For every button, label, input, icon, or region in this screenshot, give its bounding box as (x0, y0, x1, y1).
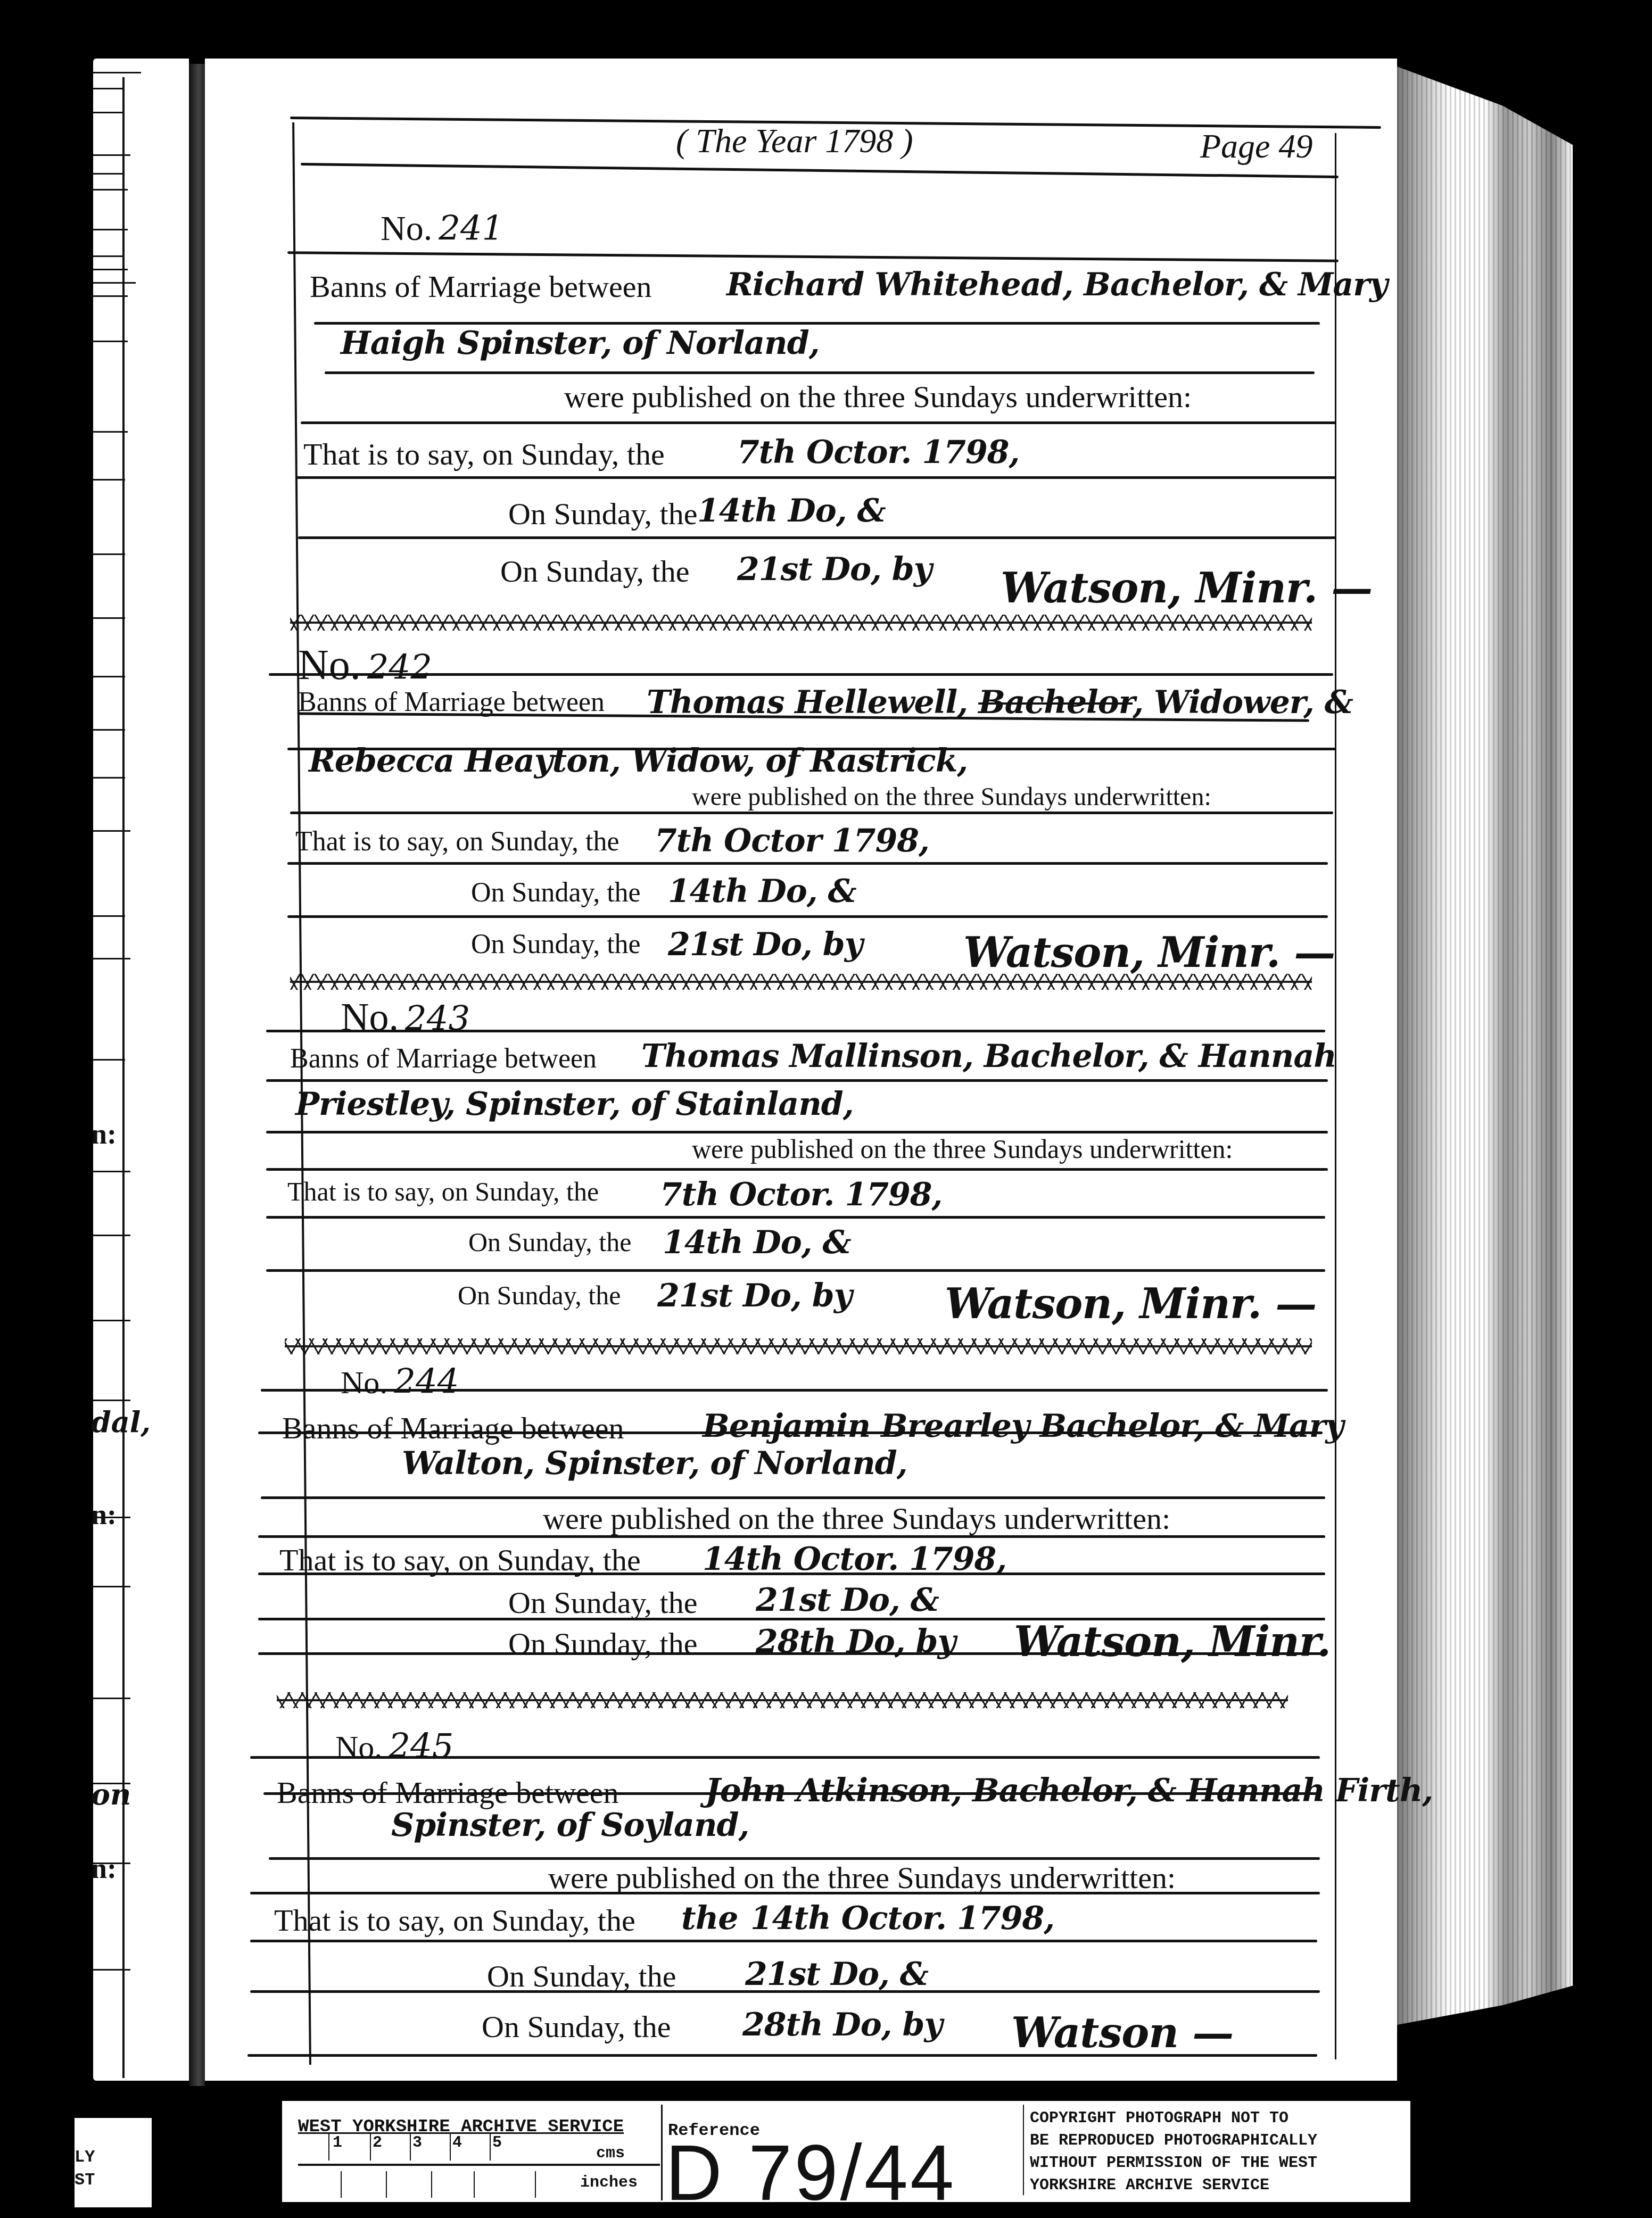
minister-signature: Watson, Minr. — (1001, 564, 1372, 613)
row-rule (266, 1079, 1328, 1082)
row-rule (258, 1573, 1325, 1575)
left-page-rule (93, 154, 130, 156)
minister-signature: Watson, Minr. (1014, 1618, 1331, 1666)
row-rule (263, 1792, 1320, 1795)
scale-number: 3 (412, 2134, 422, 2152)
row-rule (298, 536, 1336, 539)
row-rule (301, 421, 1336, 424)
partial-label-text: LY (75, 2147, 95, 2167)
sunday1-date: 7th Octor. 1798, (660, 1176, 942, 1213)
sunday1-label: That is to say, on Sunday, the (303, 436, 665, 472)
book-gutter (189, 64, 205, 2086)
row-rule (266, 1269, 1325, 1272)
label-divider (661, 2105, 663, 2200)
minister-signature: Watson, Minr. — (945, 1280, 1316, 1328)
entry-number-242: No.242 (298, 641, 432, 690)
published-label: were published on the three Sundays unde… (564, 379, 1192, 415)
sunday1-label: That is to say, on Sunday, the (274, 1902, 635, 1938)
scale-tick (386, 2171, 387, 2198)
left-page-edge: n: dal, n: on n: (93, 59, 189, 2081)
left-page-rule (93, 1698, 130, 1699)
scale-divider (298, 2164, 660, 2166)
left-page-rule (93, 112, 122, 113)
left-page-rule (93, 777, 125, 779)
sunday3-label: On Sunday, the (482, 2009, 671, 2045)
left-page-rule (93, 269, 128, 270)
left-page-fragment: n: (91, 1852, 117, 1885)
sunday1-label: That is to say, on Sunday, the (295, 826, 619, 857)
scale-unit-cm: cms (596, 2145, 625, 2163)
sunday2-date: 14th Do, & (668, 873, 856, 910)
entry-no-prefix: No. (298, 642, 361, 689)
sunday2-label: On Sunday, the (508, 1585, 697, 1620)
left-page-fragment: on (91, 1777, 131, 1811)
left-page-rule (93, 1320, 130, 1321)
row-rule (266, 1216, 1325, 1219)
page-number: Page 49 (1200, 127, 1313, 166)
row-rule (287, 862, 1328, 865)
couple-names-line1: Benjamin Brearley Bachelor, & Mary (703, 1408, 1343, 1445)
copyright-notice: COPYRIGHT PHOTOGRAPH NOT TO BE REPRODUCE… (1030, 2107, 1317, 2197)
sunday3-date: 28th Do, by (742, 2006, 942, 2043)
left-page-rule (93, 1969, 130, 1971)
entry-no-prefix: No. (341, 996, 399, 1039)
entry-no-value: 242 (367, 648, 432, 688)
reference-code: D 79/44 (665, 2134, 956, 2213)
published-label: were published on the three Sundays unde… (548, 1860, 1176, 1896)
published-label: were published on the three Sundays unde… (692, 1133, 1233, 1164)
couple-names-line2: Walton, Spinster, of Norland, (402, 1445, 907, 1482)
left-page-rule (93, 617, 125, 619)
entry-no-value: 244 (394, 1362, 459, 1402)
scale-tick (450, 2134, 451, 2161)
sunday2-date: 14th Do, & (663, 1224, 851, 1261)
sunday3-date: 21st Do, by (737, 551, 932, 588)
left-page-rule (93, 295, 128, 297)
row-rule (247, 2054, 1317, 2057)
row-rule (266, 1168, 1328, 1171)
left-page-rule (93, 282, 136, 284)
sunday3-label: On Sunday, the (471, 929, 641, 960)
left-page-rule (93, 729, 125, 731)
scale-tick (328, 2134, 329, 2161)
row-rule (250, 1892, 1320, 1894)
entry-no-prefix: No. (341, 1365, 387, 1400)
label-divider (1023, 2105, 1024, 2195)
sunday2-date: 21st Do, & (745, 1956, 928, 1993)
entry-no-value: 245 (389, 1727, 453, 1766)
entry-number-241: No.241 (381, 209, 503, 249)
left-page-rule (93, 1586, 130, 1587)
left-page-fragment: n: (91, 1498, 117, 1531)
row-rule (250, 1990, 1320, 1993)
sunday3-label: On Sunday, the (500, 553, 689, 589)
left-page-rule (93, 830, 130, 832)
header-year: ( The Year 1798 ) (676, 121, 913, 161)
couple-names-line1: John Atkinson, Bachelor, & Hannah Firth, (705, 1772, 1433, 1809)
row-rule (266, 1030, 1325, 1032)
partial-copyright-label: LY ST (75, 2118, 152, 2207)
sunday1-date: 7th Octor. 1798, (737, 434, 1019, 471)
left-page-fragment: dal, (91, 1405, 151, 1439)
couple-names-line2: Priestley, Spinster, of Stainland, (295, 1086, 854, 1123)
scale-tick (341, 2171, 342, 2198)
sunday3-label: On Sunday, the (458, 1280, 621, 1311)
scale-tick (474, 2171, 475, 2198)
banns-between-label: Banns of Marriage between (290, 1043, 597, 1074)
couple-names-line1: Thomas Mallinson, Bachelor, & Hannah (641, 1038, 1336, 1075)
left-page-rule (93, 173, 122, 175)
sunday2-label: On Sunday, the (487, 1958, 676, 1994)
left-page-rule (93, 1171, 130, 1172)
sunday1-date: 14th Octor. 1798, (750, 1900, 1054, 1937)
entry-no-value: 241 (439, 209, 503, 249)
entry-no-prefix: No. (335, 1729, 382, 1765)
sunday1-date-prefix: the (681, 1900, 738, 1937)
row-rule (287, 915, 1328, 918)
scale-tick (490, 2134, 491, 2161)
sunday2-label: On Sunday, the (508, 496, 697, 532)
minister-signature: Watson, Minr. — (963, 929, 1335, 977)
published-label: were published on the three Sundays unde… (543, 1501, 1170, 1536)
entry-no-value: 243 (405, 999, 470, 1039)
minister-signature: Watson — (1011, 2009, 1233, 2057)
left-page-rule (93, 553, 125, 555)
entry-number-245: No.245 (335, 1727, 454, 1766)
left-page-rule (93, 341, 128, 342)
couple-names-line1: Richard Whitehead, Bachelor, & Mary (726, 266, 1387, 303)
row-rule (295, 476, 1336, 479)
couple-names-line2: Haigh Spinster, of Norland, (341, 325, 820, 362)
banns-between-label: Banns of Marriage between (310, 269, 652, 304)
left-page-rule (93, 88, 122, 89)
couple-names-line2: Spinster, of Soyland, (391, 1807, 749, 1844)
left-page-rule (93, 431, 128, 433)
row-rule (258, 1431, 1323, 1434)
sunday1-label: That is to say, on Sunday, the (287, 1176, 599, 1207)
sunday2-label: On Sunday, the (468, 1227, 631, 1257)
entry-separator-ornament (290, 974, 1312, 990)
sunday1-date: 7th Octor 1798, (655, 822, 929, 859)
left-page-fragment: n: (91, 1118, 117, 1151)
sunday3-date: 21st Do, by (668, 926, 863, 963)
scale-number: 1 (333, 2134, 342, 2152)
scale-tick (410, 2134, 411, 2161)
row-rule (290, 812, 1333, 814)
book-fore-edge (1397, 67, 1573, 2025)
struck-out-text: Bachelor (978, 684, 1133, 721)
sunday3-label: On Sunday, the (508, 1626, 697, 1661)
scale-tick (370, 2134, 371, 2161)
sunday2-date: 14th Do, & (697, 492, 886, 529)
banns-between-label: Banns of Marriage between (282, 1410, 624, 1446)
row-rule (258, 1652, 1325, 1655)
left-page-rule (93, 1400, 130, 1401)
sunday2-label: On Sunday, the (471, 877, 641, 908)
entry-no-prefix: No. (381, 209, 432, 248)
sunday2-date: 21st Do, & (756, 1582, 939, 1619)
scale-tick (535, 2171, 536, 2198)
entry-number-243: No.243 (341, 995, 470, 1040)
row-rule (250, 1940, 1317, 1942)
row-rule (287, 748, 1336, 750)
left-page-rule (93, 189, 128, 191)
entry-separator-ornament (277, 1692, 1288, 1708)
left-page-rule (93, 1235, 130, 1236)
groom-status: , Widower, & (1133, 684, 1353, 721)
entry-number-244: No.244 (341, 1362, 459, 1402)
left-page-rule (93, 915, 125, 917)
row-rule (261, 1389, 1328, 1392)
left-page-rule (93, 72, 141, 73)
left-page-rule (93, 1059, 125, 1061)
row-rule (261, 1496, 1325, 1499)
row-rule (258, 1535, 1325, 1538)
scale-unit-inches: inches (580, 2174, 638, 2192)
scale-number: 4 (452, 2134, 462, 2152)
left-page-rule (93, 479, 125, 481)
entry-separator-ornament (290, 615, 1312, 631)
sunday3-date: 21st Do, by (657, 1277, 852, 1314)
left-page-rule (93, 958, 130, 959)
row-rule (250, 1756, 1320, 1759)
published-label: were published on the three Sundays unde… (692, 782, 1211, 812)
left-page-rule (93, 229, 128, 230)
scale-number: 2 (373, 2134, 382, 2152)
row-rule (325, 371, 1315, 374)
entry-separator-ornament (285, 1338, 1312, 1354)
scale-tick (431, 2171, 432, 2198)
scale-number: 5 (492, 2134, 502, 2152)
left-page-rule (93, 255, 122, 257)
left-page-rule (93, 676, 125, 677)
row-rule (269, 673, 1333, 676)
partial-label-text: ST (75, 2170, 95, 2190)
